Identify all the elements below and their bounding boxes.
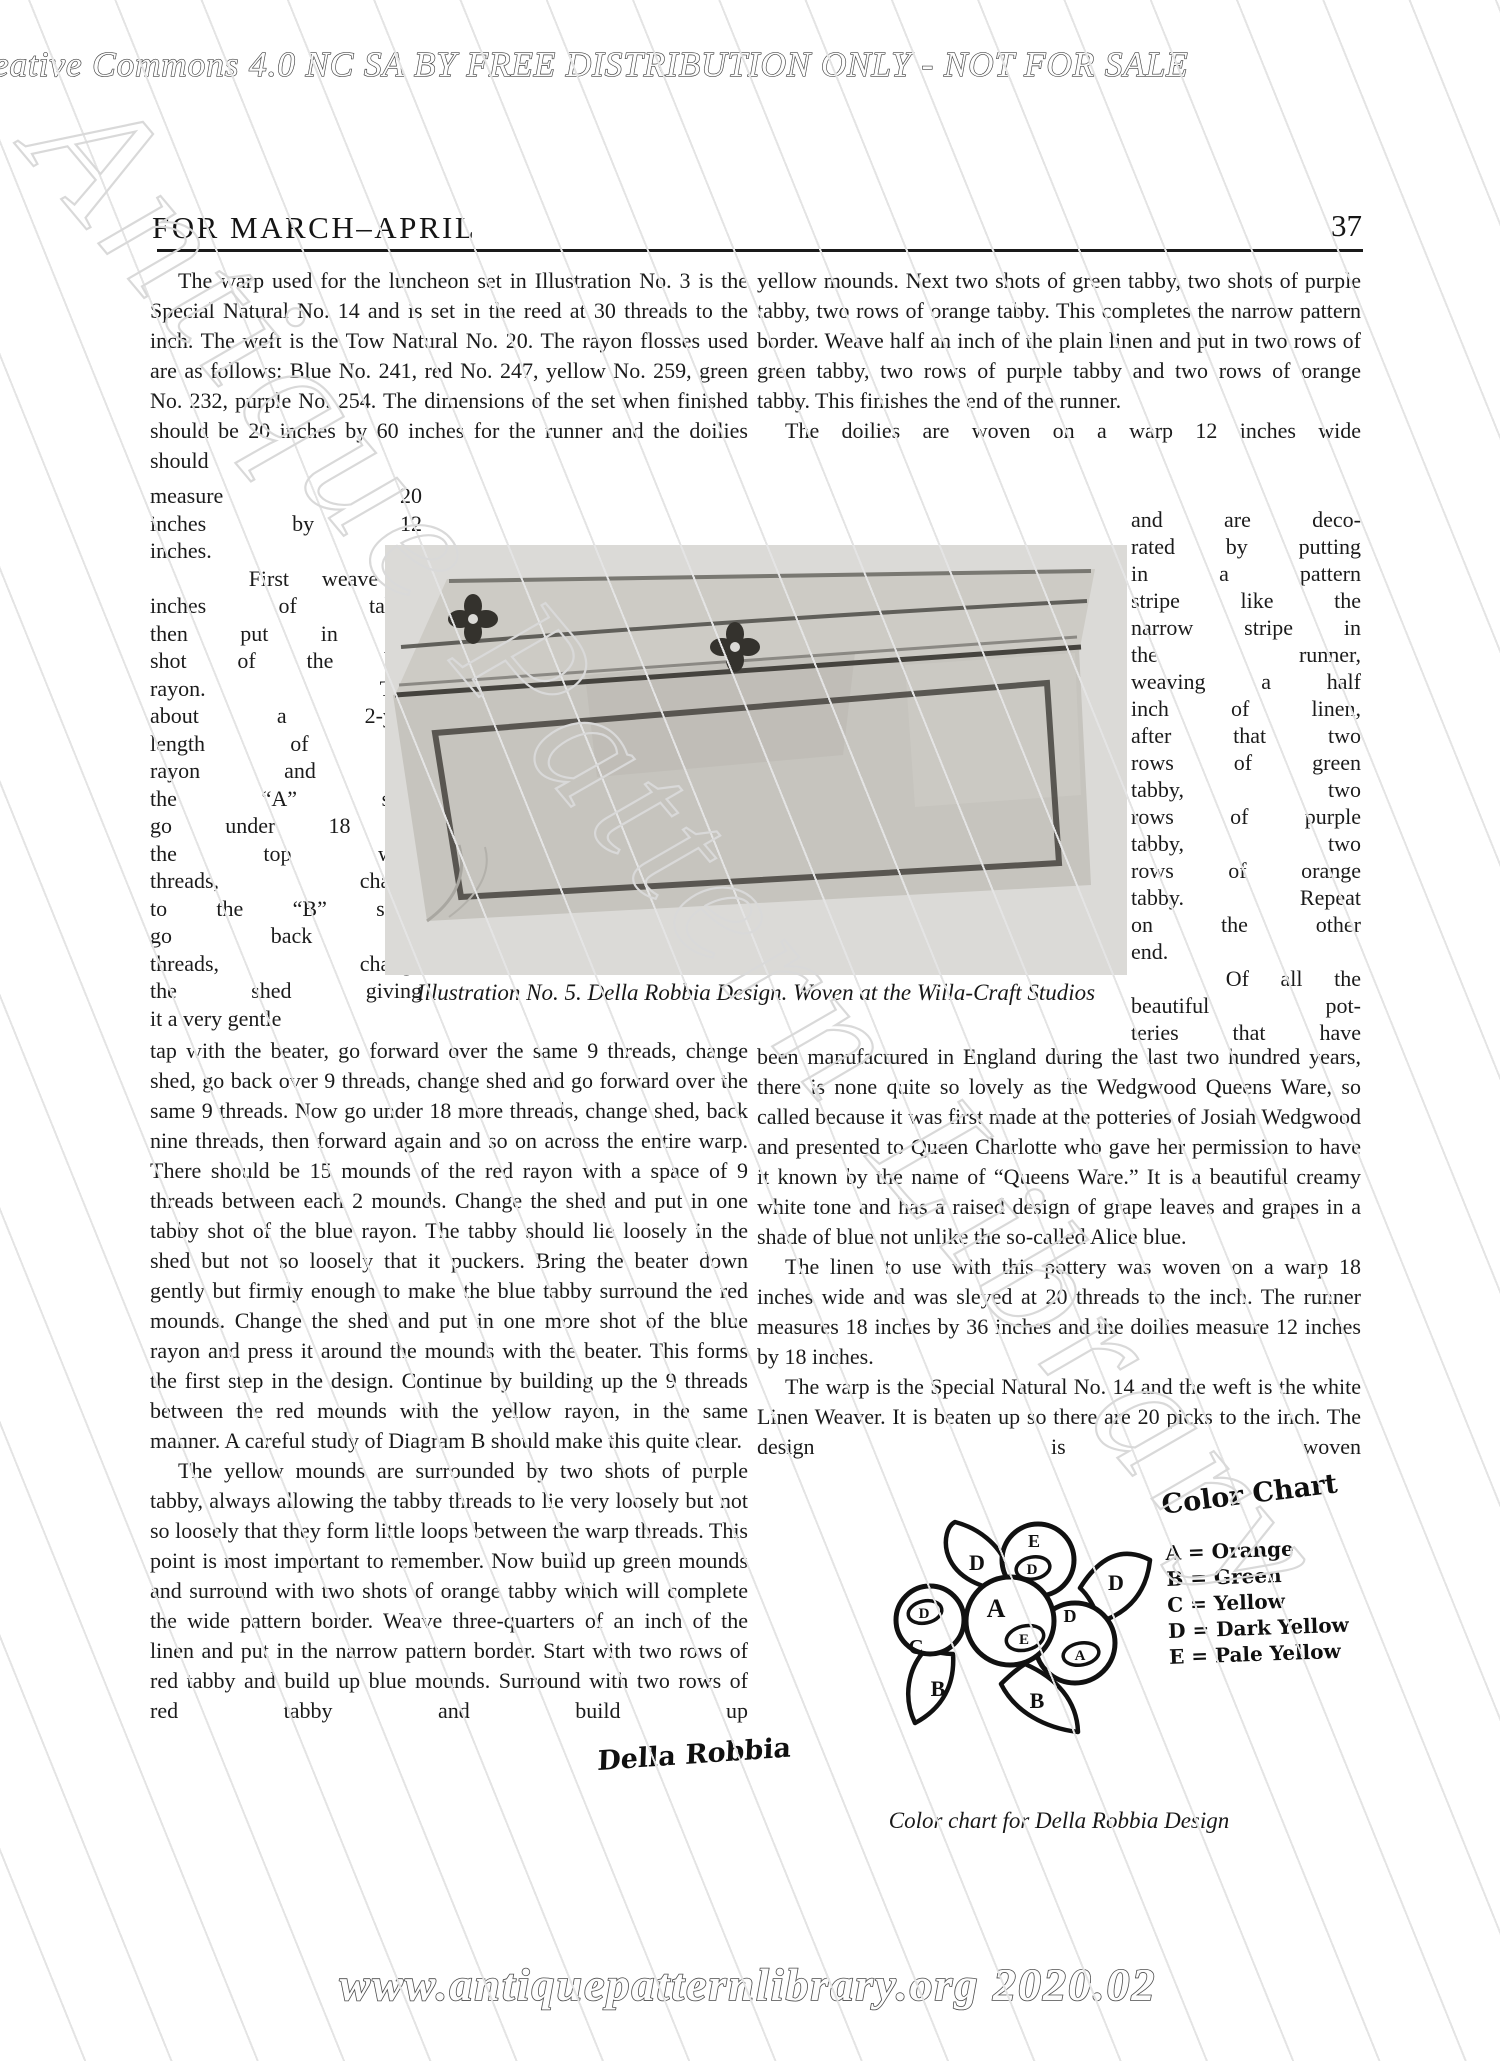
paragraph: been manufactured in England during the … bbox=[757, 1042, 1361, 1252]
flower-label: B bbox=[1030, 1688, 1045, 1713]
text-line: narrow stripe in bbox=[1131, 614, 1361, 641]
flower-label: C bbox=[908, 1635, 923, 1659]
color-chart-legend: A = Orange B = Green C = Yellow D = Dark… bbox=[1165, 1534, 1350, 1670]
text-line: First weave 3 bbox=[150, 565, 422, 593]
text-line: on the other bbox=[1131, 911, 1361, 938]
flower-label: D bbox=[969, 1550, 985, 1575]
flower-label: D bbox=[1027, 1562, 1038, 1578]
text-line: rows of orange bbox=[1131, 857, 1361, 884]
running-head-title: FOR MARCH–APRIL bbox=[152, 210, 476, 246]
text-line: tabby, two bbox=[1131, 776, 1361, 803]
text-line: about a 2-yard bbox=[150, 702, 422, 730]
left-column-bottom: tap with the beater, go forward over the… bbox=[150, 1036, 748, 1726]
illustration-caption: Illustration No. 5. Della Robbia Design.… bbox=[385, 980, 1127, 1006]
text-line: the runner, bbox=[1131, 641, 1361, 668]
text-line: rows of purple bbox=[1131, 803, 1361, 830]
text-line: rayon and on bbox=[150, 757, 422, 785]
right-column-narrow: and are deco-rated by puttingin a patter… bbox=[1131, 506, 1361, 1046]
text-line: rows of green bbox=[1131, 749, 1361, 776]
text-line: beautiful pot- bbox=[1131, 992, 1361, 1019]
runner-cloth bbox=[393, 569, 1095, 921]
flower-label: E bbox=[1019, 1632, 1029, 1648]
paragraph: The doilies are woven on a warp 12 inche… bbox=[757, 416, 1361, 446]
text-line: the shed giving bbox=[150, 977, 422, 1005]
right-column-top: yellow mounds. Next two shots of green t… bbox=[757, 266, 1361, 446]
legend-entry: E = Pale Yellow bbox=[1169, 1638, 1351, 1670]
text-line: the top warp bbox=[150, 840, 422, 868]
text-line: length of red bbox=[150, 730, 422, 758]
mound-center bbox=[966, 1577, 1054, 1665]
flower-label: A bbox=[987, 1594, 1006, 1623]
text-line: measure 20 bbox=[150, 482, 422, 510]
text-line: rayon. Take bbox=[150, 675, 422, 703]
flower-label: E bbox=[1028, 1531, 1040, 1551]
text-line: tabby, two bbox=[1131, 830, 1361, 857]
paragraph: The warp used for the luncheon set in Il… bbox=[150, 266, 748, 476]
footer-banner: www.antiquepatternlibrary.org 2020.02 bbox=[0, 1942, 1500, 2027]
text-line: then put in one bbox=[150, 620, 422, 648]
paragraph: The linen to use with this pottery was w… bbox=[757, 1252, 1361, 1372]
text-line: end. bbox=[1131, 938, 1361, 965]
text-line: go under 18 of bbox=[150, 812, 422, 840]
text-line: inches by 12 bbox=[150, 510, 422, 538]
text-line: shot of the blue bbox=[150, 647, 422, 675]
text-line: it a very gentle bbox=[150, 1005, 422, 1033]
text-line: and are deco- bbox=[1131, 506, 1361, 533]
text-line: go back 9 bbox=[150, 922, 422, 950]
license-banner-text: Creative Commons 4.0 NC SA BY FREE DISTR… bbox=[0, 45, 1189, 84]
paragraph: tap with the beater, go forward over the… bbox=[150, 1036, 748, 1456]
illustration-photo bbox=[385, 545, 1127, 975]
text-line: weaving a half bbox=[1131, 668, 1361, 695]
left-column-narrow: measure 20inches by 12inches. First weav… bbox=[150, 482, 422, 1032]
left-column-top: The warp used for the luncheon set in Il… bbox=[150, 266, 748, 476]
text-line: rated by putting bbox=[1131, 533, 1361, 560]
scanned-page: { "page": { "banner": "Creative Commons … bbox=[0, 0, 1500, 2061]
paragraph: The yellow mounds are surrounded by two … bbox=[150, 1456, 748, 1726]
header-rule bbox=[157, 249, 1363, 252]
paragraph: The warp is the Special Natural No. 14 a… bbox=[757, 1372, 1361, 1462]
text-line: stripe like the bbox=[1131, 587, 1361, 614]
text-line: the “A” shed bbox=[150, 785, 422, 813]
footer-text: www.antiquepatternlibrary.org 2020.02 bbox=[340, 1959, 1157, 2010]
paragraph: yellow mounds. Next two shots of green t… bbox=[757, 266, 1361, 416]
text-line: tabby. Repeat bbox=[1131, 884, 1361, 911]
flower-label: D bbox=[1108, 1570, 1124, 1595]
flower-label: A bbox=[1075, 1648, 1086, 1664]
text-line: threads, change bbox=[150, 950, 422, 978]
color-chart-flower: D D B B E D D C D A A E bbox=[875, 1516, 1175, 1751]
text-line: inches of tabby, bbox=[150, 592, 422, 620]
flower-label: D bbox=[1064, 1606, 1077, 1626]
text-line: threads, change bbox=[150, 867, 422, 895]
right-column-bottom: been manufactured in England during the … bbox=[757, 1042, 1361, 1462]
text-line: in a pattern bbox=[1131, 560, 1361, 587]
text-line: inches. bbox=[150, 537, 422, 565]
color-chart-title: Color Chart bbox=[1160, 1468, 1339, 1520]
flower-label: D bbox=[919, 1606, 930, 1622]
license-banner: Creative Commons 4.0 NC SA BY FREE DISTR… bbox=[0, 24, 1500, 96]
text-line: Of all the bbox=[1131, 965, 1361, 992]
page-number: 37 bbox=[1300, 208, 1362, 244]
color-chart-caption: Color chart for Della Robbia Design bbox=[757, 1808, 1361, 1834]
text-line: after that two bbox=[1131, 722, 1361, 749]
chart-signature: Della Robbia bbox=[597, 1732, 792, 1777]
text-line: inch of linen, bbox=[1131, 695, 1361, 722]
flower-label: B bbox=[931, 1676, 946, 1701]
text-line: to the “B” shed, bbox=[150, 895, 422, 923]
